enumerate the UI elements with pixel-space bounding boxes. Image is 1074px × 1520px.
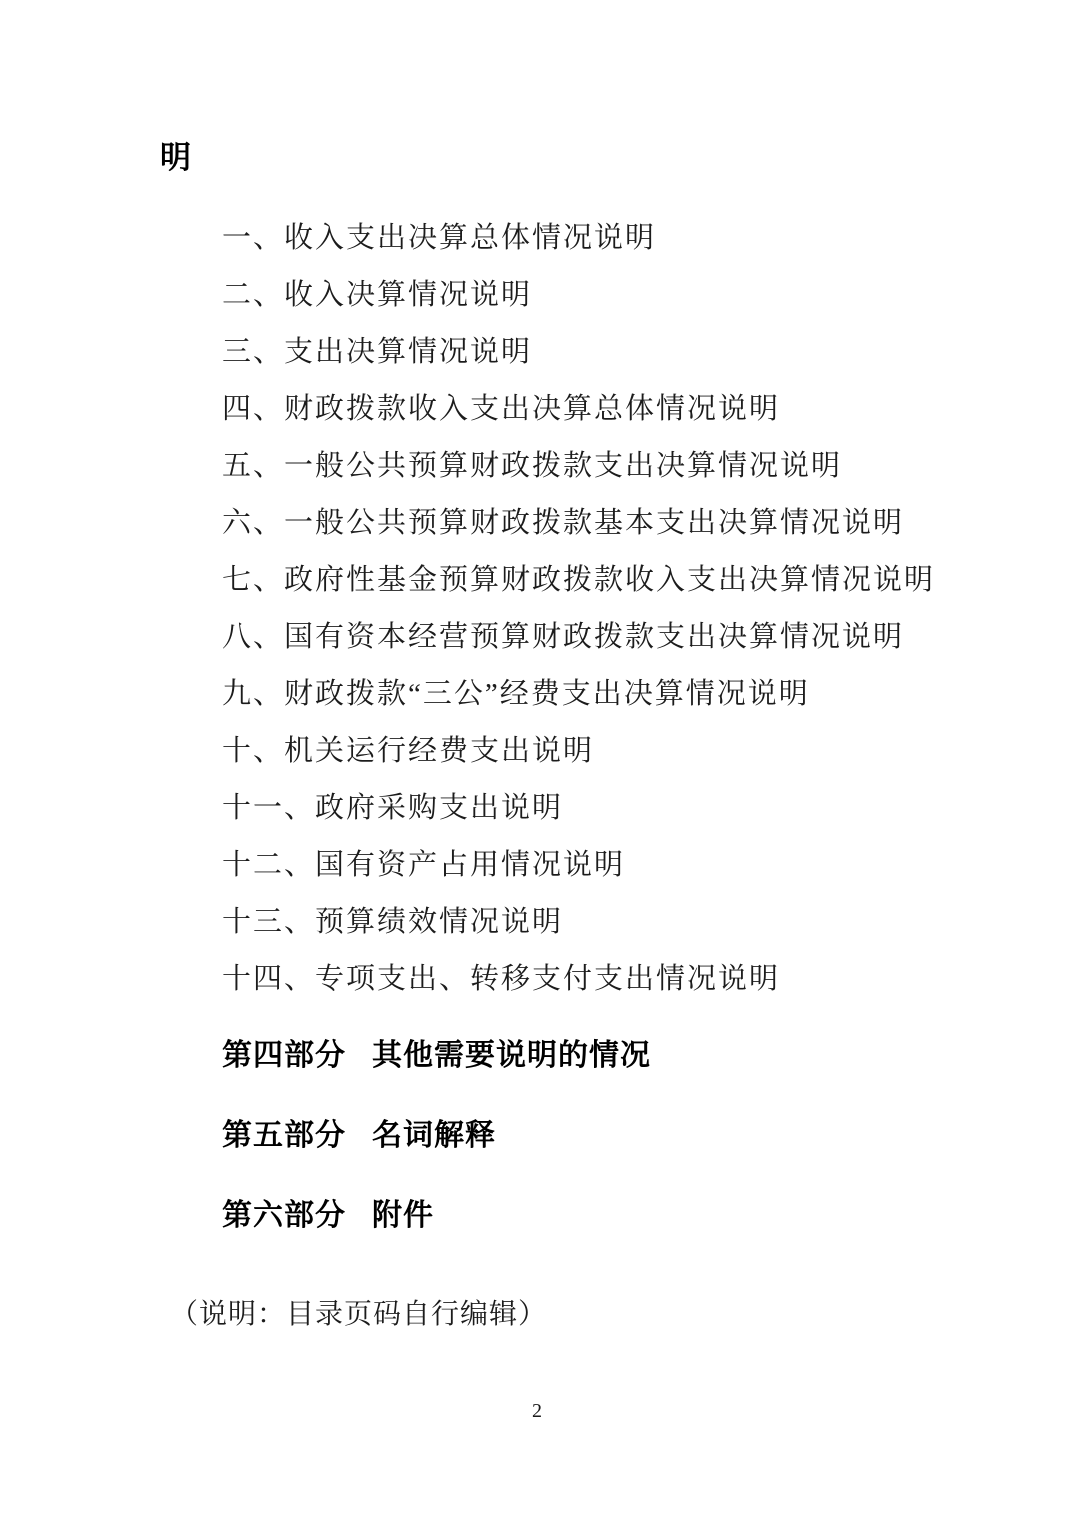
toc-item: 一、收入支出决算总体情况说明: [222, 210, 1022, 267]
toc-item: 四、财政拨款收入支出决算总体情况说明: [222, 381, 1022, 438]
heading-fragment: 明: [160, 132, 192, 177]
toc-item: 十一、政府采购支出说明: [222, 780, 1022, 837]
toc-item: 十二、国有资产占用情况说明: [222, 837, 1022, 894]
part-heading-4: 第四部分 其他需要说明的情况: [222, 1030, 651, 1074]
part-heading-6: 第六部分 附件: [222, 1190, 434, 1234]
toc-item: 六、一般公共预算财政拨款基本支出决算情况说明: [222, 495, 1022, 552]
part-title: 其他需要说明的情况: [372, 1030, 651, 1074]
toc-item: 十三、预算绩效情况说明: [222, 894, 1022, 951]
toc-item: 五、一般公共预算财政拨款支出决算情况说明: [222, 438, 1022, 495]
part-heading-5: 第五部分 名词解释: [222, 1110, 496, 1154]
note-text: （说明：目录页码自行编辑）: [170, 1292, 547, 1332]
part-label: 第四部分: [222, 1030, 346, 1074]
toc-item: 七、政府性基金预算财政拨款收入支出决算情况说明: [222, 552, 1022, 609]
page-number: 2: [0, 1400, 1074, 1423]
part-label: 第六部分: [222, 1190, 346, 1234]
toc-item: 十、机关运行经费支出说明: [222, 723, 1022, 780]
toc-item: 十四、专项支出、转移支付支出情况说明: [222, 951, 1022, 1008]
part-title: 附件: [372, 1190, 434, 1234]
document-page: 明 一、收入支出决算总体情况说明 二、收入决算情况说明 三、支出决算情况说明 四…: [0, 0, 1074, 1520]
toc-item: 二、收入决算情况说明: [222, 267, 1022, 324]
toc-list: 一、收入支出决算总体情况说明 二、收入决算情况说明 三、支出决算情况说明 四、财…: [222, 210, 1022, 1008]
toc-item: 九、财政拨款“三公”经费支出决算情况说明: [222, 666, 1022, 723]
part-title: 名词解释: [372, 1110, 496, 1154]
toc-item: 三、支出决算情况说明: [222, 324, 1022, 381]
toc-item: 八、国有资本经营预算财政拨款支出决算情况说明: [222, 609, 1022, 666]
part-label: 第五部分: [222, 1110, 346, 1154]
